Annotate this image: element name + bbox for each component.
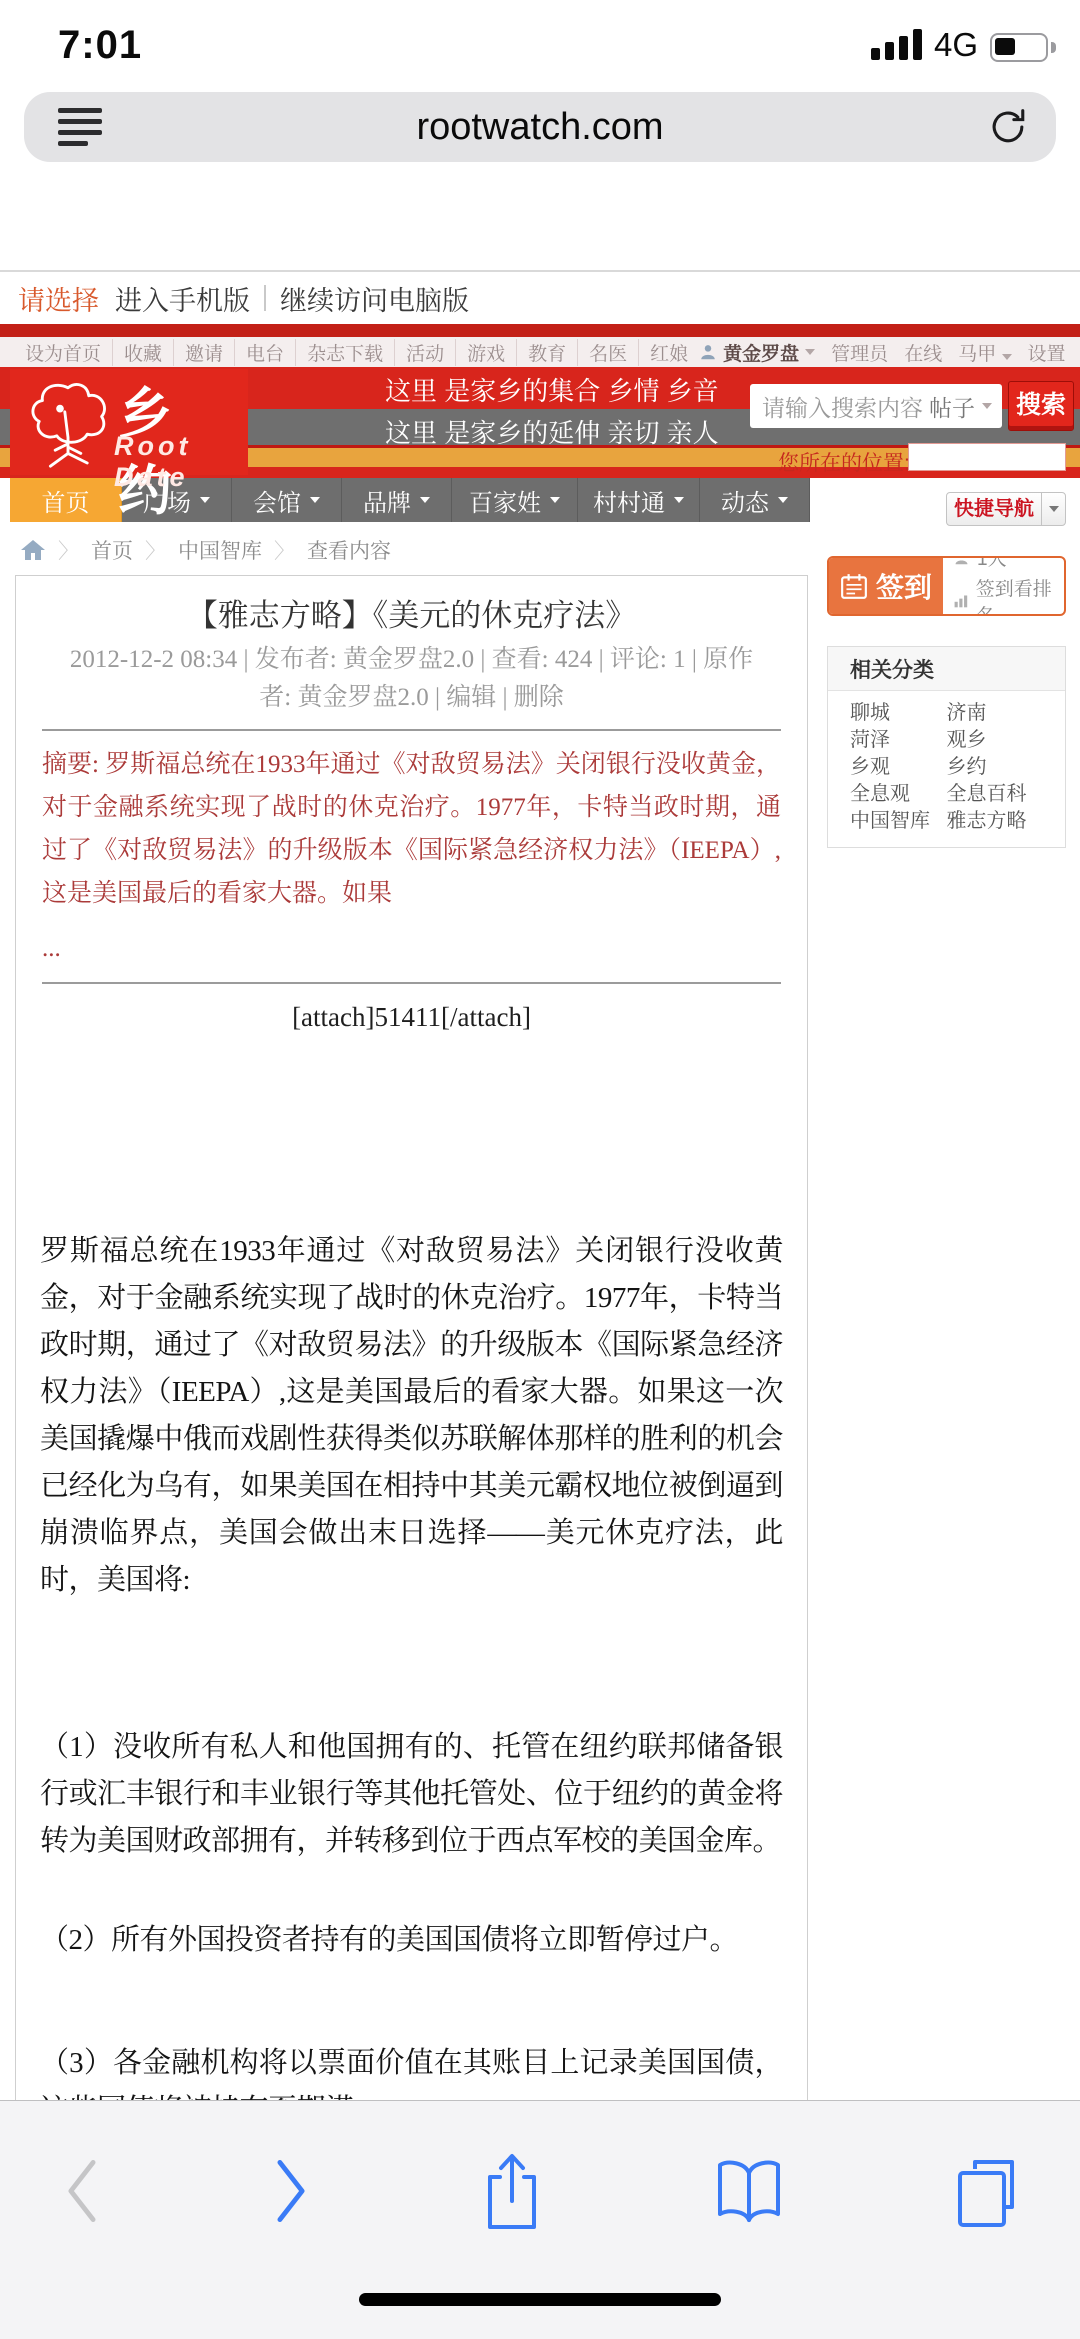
breadcrumb-separator: 〉 xyxy=(58,535,79,565)
related-link-xiangguan[interactable]: 乡观 xyxy=(850,755,947,779)
settings-link[interactable]: 设置 xyxy=(1028,339,1066,366)
related-categories-box: 相关分类 聊城 济南 菏泽 观乡 乡观 乡约 全息观 全息百科 中国智库 雅志方… xyxy=(827,646,1066,848)
url-text[interactable]: rootwatch.com xyxy=(24,106,1056,149)
body-paragraph: 罗斯福总统在1933年通过《对敌贸易法》关闭银行没收黄金，对于金融系统实现了战时… xyxy=(40,1228,783,1604)
user-icon xyxy=(699,343,717,361)
calendar-icon xyxy=(840,572,868,600)
status-bar: 7:01 4G xyxy=(0,0,1080,80)
chevron-left-icon xyxy=(58,2156,106,2226)
quick-nav-button[interactable]: 快捷导航 xyxy=(946,492,1066,526)
online-status: 在线 xyxy=(904,339,942,366)
chevron-down-icon xyxy=(1041,493,1065,525)
link-favorite[interactable]: 收藏 xyxy=(113,339,174,366)
checkin-count[interactable]: 1人 xyxy=(953,556,1064,571)
related-link-yazhifanglue[interactable]: 雅志方略 xyxy=(947,809,1044,833)
nav-item-hall[interactable]: 会馆 xyxy=(232,478,342,522)
tree-logo-icon xyxy=(20,373,116,478)
nav-item-brand[interactable]: 品牌 xyxy=(342,478,452,522)
breadcrumb-separator: 〉 xyxy=(145,535,166,565)
related-categories-title: 相关分类 xyxy=(828,647,1065,691)
tagline-line1: 这里 是家乡的集合 乡情 乡音 xyxy=(385,375,719,407)
chevron-down-icon xyxy=(982,403,992,409)
share-button[interactable] xyxy=(476,2147,548,2240)
divider xyxy=(264,285,266,311)
enter-mobile-link[interactable]: 进入手机版 xyxy=(115,279,250,318)
chevron-down-icon xyxy=(420,497,430,503)
breadcrumb-thinktank[interactable]: 中国智库 xyxy=(178,535,262,565)
location-label: 您所在的位置: xyxy=(778,447,910,477)
continue-desktop-link[interactable]: 继续访问电脑版 xyxy=(280,279,469,318)
bookmarks-button[interactable] xyxy=(709,2152,789,2235)
clock: 7:01 xyxy=(58,23,142,68)
related-link-quanxibaike[interactable]: 全息百科 xyxy=(947,782,1044,806)
majia-menu[interactable]: 马甲 xyxy=(958,339,1011,366)
nav-item-dynamics[interactable]: 动态 xyxy=(700,478,810,522)
nav-item-home[interactable]: 首页 xyxy=(10,478,122,522)
rank-chart-icon xyxy=(953,593,969,609)
search-placeholder: 请输入搜索内容 xyxy=(750,390,923,423)
search-type-dropdown[interactable]: 帖子 xyxy=(929,390,1002,423)
article-title: 【雅志方略】《美元的休克疗法》 xyxy=(16,590,807,635)
user-links: 黄金罗盘 管理员 在线 马甲 设置 退出 DIY xyxy=(699,339,1080,366)
tabs-button[interactable] xyxy=(950,2151,1022,2236)
choose-prompt: 请选择 xyxy=(18,279,99,318)
summary-ellipsis: ... xyxy=(42,927,781,970)
red-divider-strip xyxy=(0,324,1080,337)
tagline-line2: 这里 是家乡的延伸 亲切 亲人 xyxy=(385,417,719,449)
utility-links-bar: 设为首页 收藏 邀请 电台 杂志下载 活动 游戏 教育 名医 红娘 黄金罗盘 管… xyxy=(0,337,1080,367)
browser-top-chrome: rootwatch.com xyxy=(0,80,1080,270)
forward-button[interactable] xyxy=(267,2156,315,2231)
article-panel: 【雅志方略】《美元的休克疗法》 2012-12-2 08:34 | 发布者: 黄… xyxy=(15,575,808,2100)
breadcrumb-view-content: 查看内容 xyxy=(307,535,391,565)
refresh-icon[interactable] xyxy=(988,105,1028,149)
link-activity[interactable]: 活动 xyxy=(395,339,456,366)
related-link-guanxiang[interactable]: 观乡 xyxy=(947,728,1044,752)
search-input[interactable]: 请输入搜索内容 帖子 xyxy=(750,384,1002,428)
related-link-jinan[interactable]: 济南 xyxy=(947,701,1044,725)
link-set-home[interactable]: 设为首页 xyxy=(14,339,113,366)
signal-strength-icon xyxy=(871,29,922,64)
related-link-xiangyue[interactable]: 乡约 xyxy=(947,755,1044,779)
checkin-widget: 签到 1人 签到看排名 xyxy=(827,556,1066,616)
link-doctors[interactable]: 名医 xyxy=(578,339,639,366)
article-summary: 摘要: 罗斯福总统在1933年通过《对敌贸易法》关闭银行没收黄金，对于金融系统实… xyxy=(42,743,781,915)
site-logo[interactable]: 乡 约 Root Date xyxy=(10,369,248,475)
divider xyxy=(42,982,781,984)
site-header: 乡 约 Root Date 这里 是家乡的集合 乡情 乡音 这里 是家乡的延伸 … xyxy=(0,367,1080,478)
related-link-quanxiguan[interactable]: 全息观 xyxy=(850,782,947,806)
nav-item-village[interactable]: 村村通 xyxy=(578,478,700,522)
back-button xyxy=(58,2156,106,2231)
iphone-safari-screen: 7:01 4G rootwatch.com 请选择 进入手机版 继续访问电脑版 xyxy=(0,0,1080,2339)
link-games[interactable]: 游戏 xyxy=(456,339,517,366)
chevron-right-icon xyxy=(267,2156,315,2226)
chevron-down-icon xyxy=(550,497,560,503)
link-magazine[interactable]: 杂志下载 xyxy=(296,339,395,366)
site-taglines: 这里 是家乡的集合 乡情 乡音 这里 是家乡的延伸 亲切 亲人 xyxy=(385,375,719,449)
share-icon xyxy=(476,2147,548,2235)
breadcrumb-home[interactable]: 首页 xyxy=(91,535,133,565)
address-bar[interactable]: rootwatch.com xyxy=(24,92,1056,162)
link-education[interactable]: 教育 xyxy=(517,339,578,366)
link-matchmaker[interactable]: 红娘 xyxy=(639,339,699,366)
search-button[interactable]: 搜索 xyxy=(1008,381,1074,431)
username-label[interactable]: 黄金罗盘 xyxy=(723,339,799,366)
status-bar-right: 4G xyxy=(871,26,1056,64)
role-label: 管理员 xyxy=(831,339,888,366)
person-icon xyxy=(953,556,970,566)
site-search: 请输入搜索内容 帖子 搜索 xyxy=(750,384,1074,431)
article-body: 罗斯福总统在1933年通过《对敌贸易法》关闭银行没收黄金，对于金融系统实现了战时… xyxy=(16,1228,807,2134)
related-link-heze[interactable]: 菏泽 xyxy=(850,728,947,752)
breadcrumb-separator: 〉 xyxy=(274,535,295,565)
chevron-down-icon xyxy=(805,349,815,355)
home-icon[interactable] xyxy=(20,538,46,562)
location-box xyxy=(908,443,1066,471)
chevron-down-icon xyxy=(778,497,788,503)
home-indicator[interactable] xyxy=(359,2293,721,2306)
checkin-stats: 1人 签到看排名 xyxy=(943,558,1064,614)
related-link-liaocheng[interactable]: 聊城 xyxy=(850,701,947,725)
battery-icon xyxy=(990,33,1056,64)
nav-item-surnames[interactable]: 百家姓 xyxy=(452,478,578,522)
chevron-down-icon xyxy=(1002,354,1012,360)
attachment-code: [attach]51411[/attach] xyxy=(16,1002,807,1033)
checkin-button[interactable]: 签到 xyxy=(829,558,943,614)
divider xyxy=(42,729,781,731)
logo-english-text: Root Date xyxy=(114,431,248,493)
sidebar: 签到 1人 签到看排名 相关分类 聊城 xyxy=(827,556,1066,848)
link-invite[interactable]: 邀请 xyxy=(174,339,235,366)
link-radio[interactable]: 电台 xyxy=(235,339,296,366)
book-icon xyxy=(709,2152,789,2230)
username-menu[interactable]: 黄金罗盘 xyxy=(699,339,815,366)
network-type-label: 4G xyxy=(934,26,978,64)
related-link-thinktank[interactable]: 中国智库 xyxy=(850,809,947,833)
body-paragraph: （1）没收所有私人和他国拥有的、托管在纽约联邦储备银行或汇丰银行和丰业银行等其他… xyxy=(40,1724,783,1865)
body-paragraph: （2）所有外国投资者持有的美国国债将立即暂停过户。 xyxy=(40,1917,783,1964)
article-meta: 2012-12-2 08:34 | 发布者: 黄金罗盘2.0 | 查看: 424… xyxy=(63,641,759,717)
checkin-rank-link[interactable]: 签到看排名 xyxy=(953,574,1064,616)
chevron-down-icon xyxy=(310,497,320,503)
related-categories-list: 聊城 济南 菏泽 观乡 乡观 乡约 全息观 全息百科 中国智库 雅志方略 xyxy=(828,691,1065,847)
chevron-down-icon xyxy=(674,497,684,503)
mobile-version-bar: 请选择 进入手机版 继续访问电脑版 xyxy=(0,270,1080,324)
tabs-icon xyxy=(950,2151,1022,2231)
